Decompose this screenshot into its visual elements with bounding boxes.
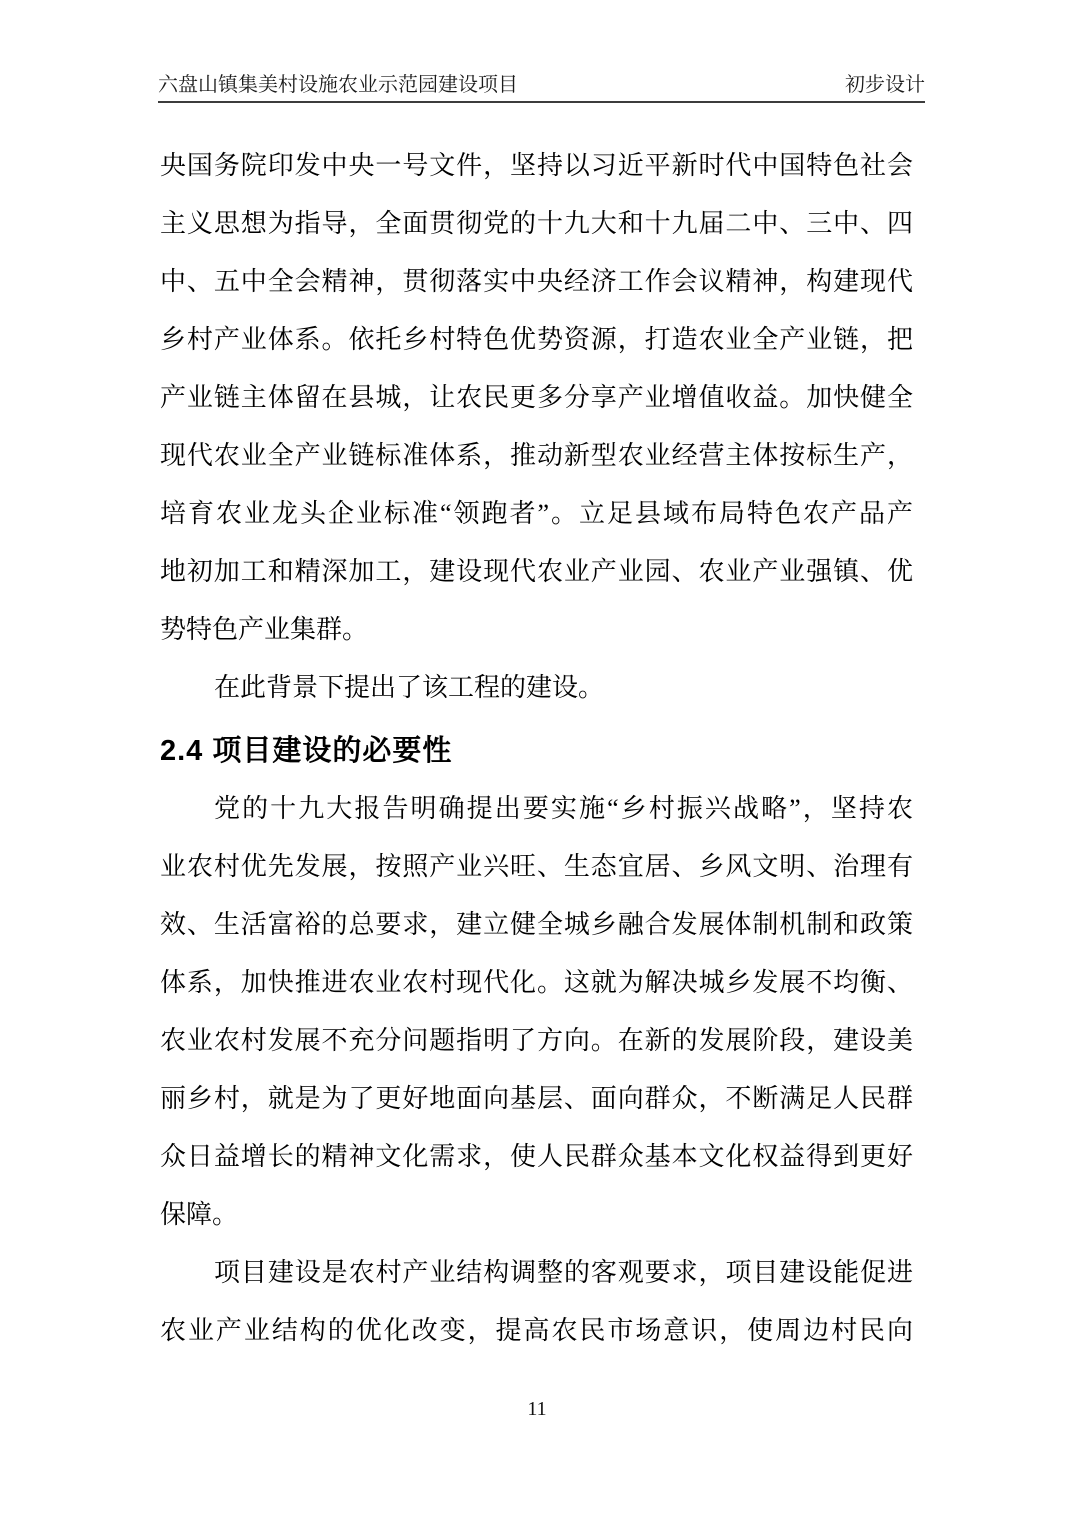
header-doc-type: 初步设计 <box>845 72 925 98</box>
paragraph: 在此背景下提出了该工程的建设。 <box>160 659 913 717</box>
paragraph-line: 产业链主体留在县城，让农民更多分享产业增值收益。加快健全 <box>160 369 913 427</box>
document-page: 六盘山镇集美村设施农业示范园建设项目 初步设计 央国务院印发中央一号文件，坚持以… <box>0 0 1074 1520</box>
page-footer: 11 <box>0 1398 1074 1421</box>
header-project-title: 六盘山镇集美村设施农业示范园建设项目 <box>158 72 518 98</box>
paragraph-line: 现代农业全产业链标准体系，推动新型农业经营主体按标生产， <box>160 427 913 485</box>
paragraph-line: 主义思想为指导，全面贯彻党的十九大和十九届二中、三中、四 <box>160 195 913 253</box>
page-number: 11 <box>527 1398 546 1420</box>
paragraph-line: 中、五中全会精神，贯彻落实中央经济工作会议精神，构建现代 <box>160 253 913 311</box>
paragraph-line: 业农村优先发展，按照产业兴旺、生态宜居、乡风文明、治理有 <box>160 838 913 896</box>
paragraph-line: 农业农村发展不充分问题指明了方向。在新的发展阶段，建设美 <box>160 1012 913 1070</box>
paragraph-line: 乡村产业体系。依托乡村特色优势资源，打造农业全产业链，把 <box>160 311 913 369</box>
paragraph: 项目建设是农村产业结构调整的客观要求，项目建设能促进农业产业结构的优化改变，提高… <box>160 1244 913 1360</box>
paragraph-line: 农业产业结构的优化改变，提高农民市场意识，使周边村民向二、 <box>160 1302 913 1360</box>
paragraph-line: 央国务院印发中央一号文件，坚持以习近平新时代中国特色社会 <box>160 137 913 195</box>
paragraph-line: 地初加工和精深加工，建设现代农业产业园、农业产业强镇、优 <box>160 543 913 601</box>
paragraph-line: 丽乡村，就是为了更好地面向基层、面向群众，不断满足人民群 <box>160 1070 913 1128</box>
paragraph-line: 在此背景下提出了该工程的建设。 <box>160 659 913 717</box>
paragraph: 央国务院印发中央一号文件，坚持以习近平新时代中国特色社会主义思想为指导，全面贯彻… <box>160 137 913 659</box>
paragraph-line: 保障。 <box>160 1186 913 1244</box>
page-header: 六盘山镇集美村设施农业示范园建设项目 初步设计 <box>158 72 925 103</box>
paragraph-line: 培育农业龙头企业标准“领跑者”。立足县域布局特色农产品产 <box>160 485 913 543</box>
document-body: 央国务院印发中央一号文件，坚持以习近平新时代中国特色社会主义思想为指导，全面贯彻… <box>160 137 913 1360</box>
paragraph-line: 党的十九大报告明确提出要实施“乡村振兴战略”，坚持农 <box>160 780 913 838</box>
paragraph: 党的十九大报告明确提出要实施“乡村振兴战略”，坚持农业农村优先发展，按照产业兴旺… <box>160 780 913 1244</box>
section-heading: 2.4 项目建设的必要性 <box>160 722 913 780</box>
paragraph-line: 势特色产业集群。 <box>160 601 913 659</box>
paragraph-line: 项目建设是农村产业结构调整的客观要求，项目建设能促进 <box>160 1244 913 1302</box>
paragraph-line: 众日益增长的精神文化需求，使人民群众基本文化权益得到更好 <box>160 1128 913 1186</box>
paragraph-line: 体系，加快推进农业农村现代化。这就为解决城乡发展不均衡、 <box>160 954 913 1012</box>
paragraph-line: 效、生活富裕的总要求，建立健全城乡融合发展体制机制和政策 <box>160 896 913 954</box>
